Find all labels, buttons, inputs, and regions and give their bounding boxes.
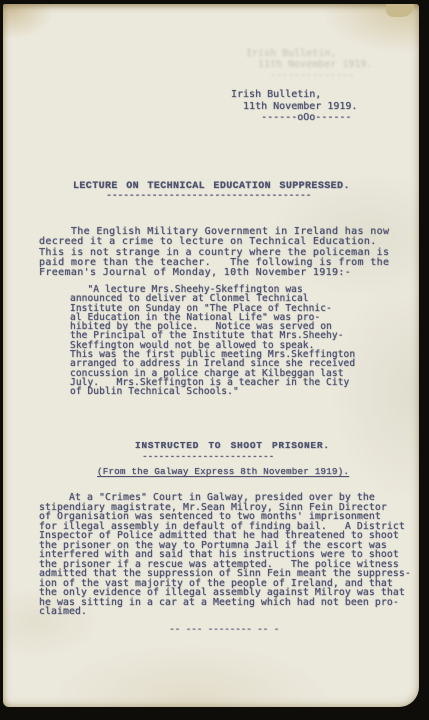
page-tear-mark	[386, 4, 414, 17]
bleedthrough-text: Irish Bulletin, 11th November 1919. ----…	[246, 48, 372, 81]
article-1-paragraph: The English Military Government in Irela…	[39, 227, 389, 278]
article-2-heading-underline: ------------------------	[142, 451, 274, 462]
end-of-page-rule: -- --- -------- -- -	[169, 625, 279, 636]
article-1-quotation: "A lecture Mrs.Sheehy-Skeffington was an…	[70, 285, 355, 397]
scanned-document: Irish Bulletin, 11th November 1919. ----…	[0, 0, 429, 720]
masthead-dateline: Irish Bulletin, 11th November 1919. ----…	[231, 89, 357, 124]
article-2-heading: INSTRUCTED TO SHOOT PRISONER.	[135, 440, 330, 451]
article-2-source-line: (From the Galway Express 8th November 19…	[97, 466, 349, 477]
article-2-paragraph: At a "Crimes" Court in Galway, presided …	[39, 493, 411, 617]
document-page: Irish Bulletin, 11th November 1919. ----…	[3, 4, 419, 707]
article-1-heading-underline: ------------------------------------	[106, 191, 311, 202]
